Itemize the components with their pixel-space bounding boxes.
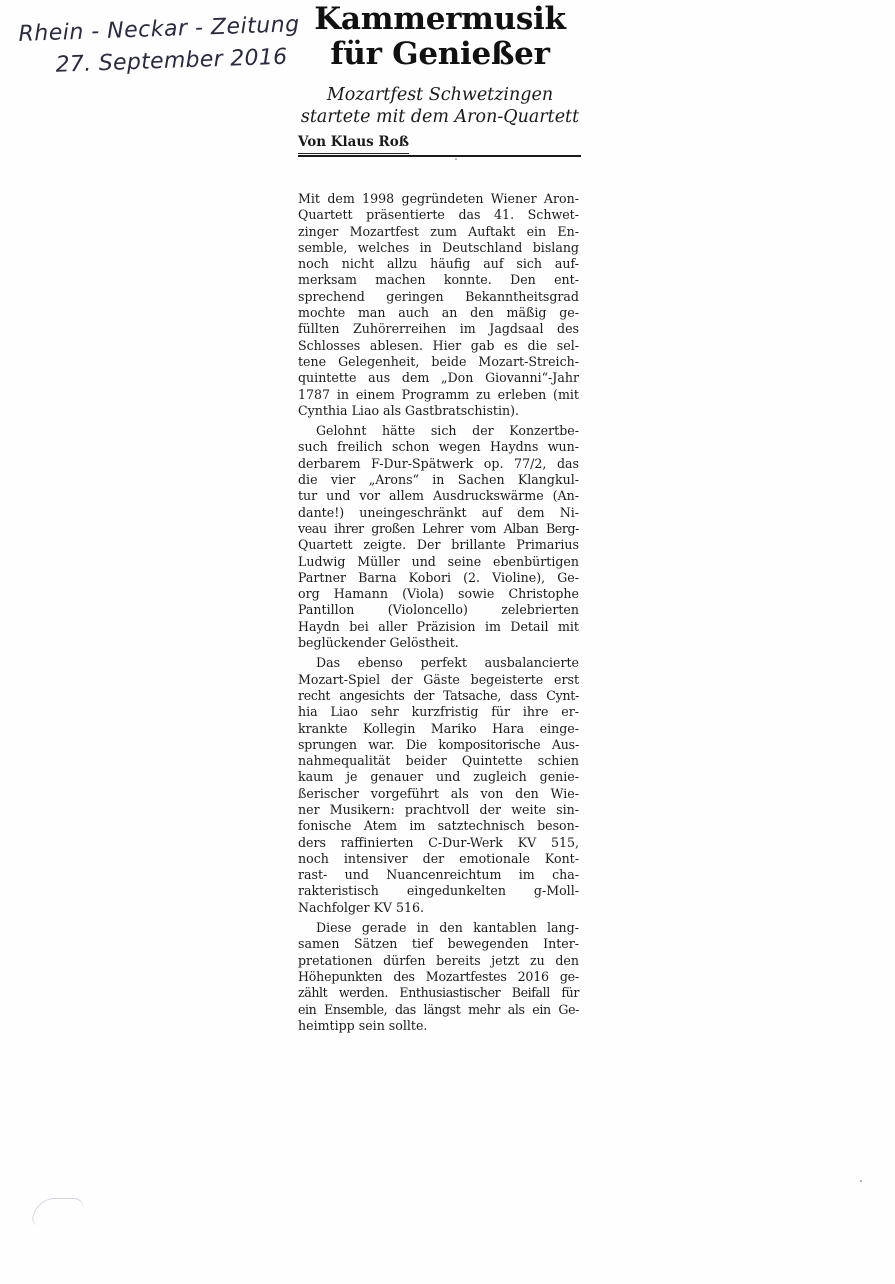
text-line: ders raffinierten C-Dur-Werk KV 515, (298, 835, 579, 851)
scan-speck (860, 1180, 862, 1182)
text-line: mochte man auch an den mäßig ge- (298, 305, 579, 321)
paragraph: Gelohnt hätte sich der Konzertbe- such f… (298, 423, 579, 651)
text-line: Nachfolger KV 516. (298, 900, 579, 916)
text-line: zinger Mozartfest zum Auftakt ein En- (298, 224, 579, 240)
subhead-line: Mozartfest Schwetzingen (298, 84, 582, 106)
text-line: Mit dem 1998 gegründeten Wiener Aron- (298, 191, 579, 207)
text-line: quintette aus dem „Don Giovanni“-Jahr (298, 370, 579, 386)
text-line: Gelohnt hätte sich der Konzertbe- (298, 423, 579, 439)
text-line: rakteristisch eingedunkelten g-Moll- (298, 883, 579, 899)
headline: Kammermusik für Genießer (298, 2, 582, 72)
text-line: ein Ensemble, das längst mehr als ein Ge… (298, 1002, 579, 1018)
text-line: rast- und Nuancenreichtum im cha- (298, 867, 579, 883)
text-line: heimtipp sein sollte. (298, 1018, 579, 1034)
text-line: semble, welches in Deutschland bislang (298, 240, 579, 256)
text-line: merksam machen konnte. Den ent- (298, 272, 579, 288)
text-line: veau ihrer großen Lehrer vom Alban Berg- (298, 521, 579, 537)
text-line: Quartett zeigte. Der brillante Primarius (298, 537, 579, 553)
text-line: pretationen dürfen bereits jetzt zu den (298, 953, 579, 969)
text-line: Partner Barna Kobori (2. Violine), Ge- (298, 570, 579, 586)
article-header: Kammermusik für Genießer Mozartfest Schw… (298, 0, 582, 157)
text-line: Haydn bei aller Präzision im Detail mit (298, 619, 579, 635)
text-line: recht angesichts der Tatsache, dass Cynt… (298, 688, 579, 704)
text-line: ßerischer vorgeführt als von den Wie- (298, 786, 579, 802)
paragraph: Das ebenso perfekt ausbalancierte Mozart… (298, 655, 579, 916)
byline: Von Klaus Roß (298, 134, 409, 154)
text-line: nahmequalität beider Quintette schien (298, 753, 579, 769)
text-line: ner Musikern: prachtvoll der weite sin- (298, 802, 579, 818)
article-body: Mit dem 1998 gegründeten Wiener Aron- Qu… (298, 191, 579, 1038)
byline-rule (298, 155, 581, 157)
text-line: Cynthia Liao als Gastbratschistin). (298, 403, 579, 419)
text-line: derbarem F-Dur-Spätwerk op. 77/2, das (298, 456, 579, 472)
text-line: dante!) uneingeschränkt auf dem Ni- (298, 505, 579, 521)
stray-pen-mark (30, 1198, 88, 1225)
text-line: Mozart-Spiel der Gäste begeisterte erst (298, 672, 579, 688)
text-line: 1787 in einem Programm zu erleben (mit (298, 387, 579, 403)
text-line: Ludwig Müller und seine ebenbürtigen (298, 554, 579, 570)
text-line: sprechend geringen Bekanntheitsgrad (298, 289, 579, 305)
text-line: zählt werden. Enthusiastischer Beifall f… (298, 985, 579, 1001)
text-line: tur und vor allem Ausdruckswärme (An- (298, 488, 579, 504)
headline-line: für Genießer (298, 37, 582, 72)
text-line: noch nicht allzu häufig auf sich auf- (298, 256, 579, 272)
paragraph: Mit dem 1998 gegründeten Wiener Aron- Qu… (298, 191, 579, 419)
text-line: beglückender Gelöstheit. (298, 635, 579, 651)
handwritten-source-note: Rhein - Neckar - Zeitung 27. September 2… (18, 10, 320, 84)
text-line: füllten Zuhörerreihen im Jagdsaal des (298, 321, 579, 337)
paragraph: Diese gerade in den kantablen lang- same… (298, 920, 579, 1034)
text-line: such freilich schon wegen Haydns wun- (298, 439, 579, 455)
text-line: Diese gerade in den kantablen lang- (298, 920, 579, 936)
text-line: hia Liao sehr kurzfristig für ihre er- (298, 704, 579, 720)
text-line: Höhepunkten des Mozartfestes 2016 ge- (298, 969, 579, 985)
text-line: die vier „Arons“ in Sachen Klangkul- (298, 472, 579, 488)
scan-speck (455, 158, 457, 160)
text-line: Schlosses ablesen. Hier gab es die sel- (298, 338, 579, 354)
subheadline: Mozartfest Schwetzingen startete mit dem… (298, 84, 582, 128)
text-line: noch intensiver der emotionale Kont- (298, 851, 579, 867)
text-line: sprungen war. Die kompositorische Aus- (298, 737, 579, 753)
text-line: Das ebenso perfekt ausbalancierte (298, 655, 579, 671)
text-line: krankte Kollegin Mariko Hara einge- (298, 721, 579, 737)
text-line: kaum je genauer und zugleich genie- (298, 769, 579, 785)
text-line: fonische Atem im satztechnisch beson- (298, 818, 579, 834)
text-line: tene Gelegenheit, beide Mozart-Streich- (298, 354, 579, 370)
text-line: samen Sätzen tief bewegenden Inter- (298, 936, 579, 952)
headline-line: Kammermusik (298, 2, 582, 37)
text-line: org Hamann (Viola) sowie Christophe (298, 586, 579, 602)
subhead-line: startete mit dem Aron-Quartett (298, 106, 582, 128)
text-line: Pantillon (Violoncello) zelebrierten (298, 602, 579, 618)
text-line: Quartett präsentierte das 41. Schwet- (298, 207, 579, 223)
